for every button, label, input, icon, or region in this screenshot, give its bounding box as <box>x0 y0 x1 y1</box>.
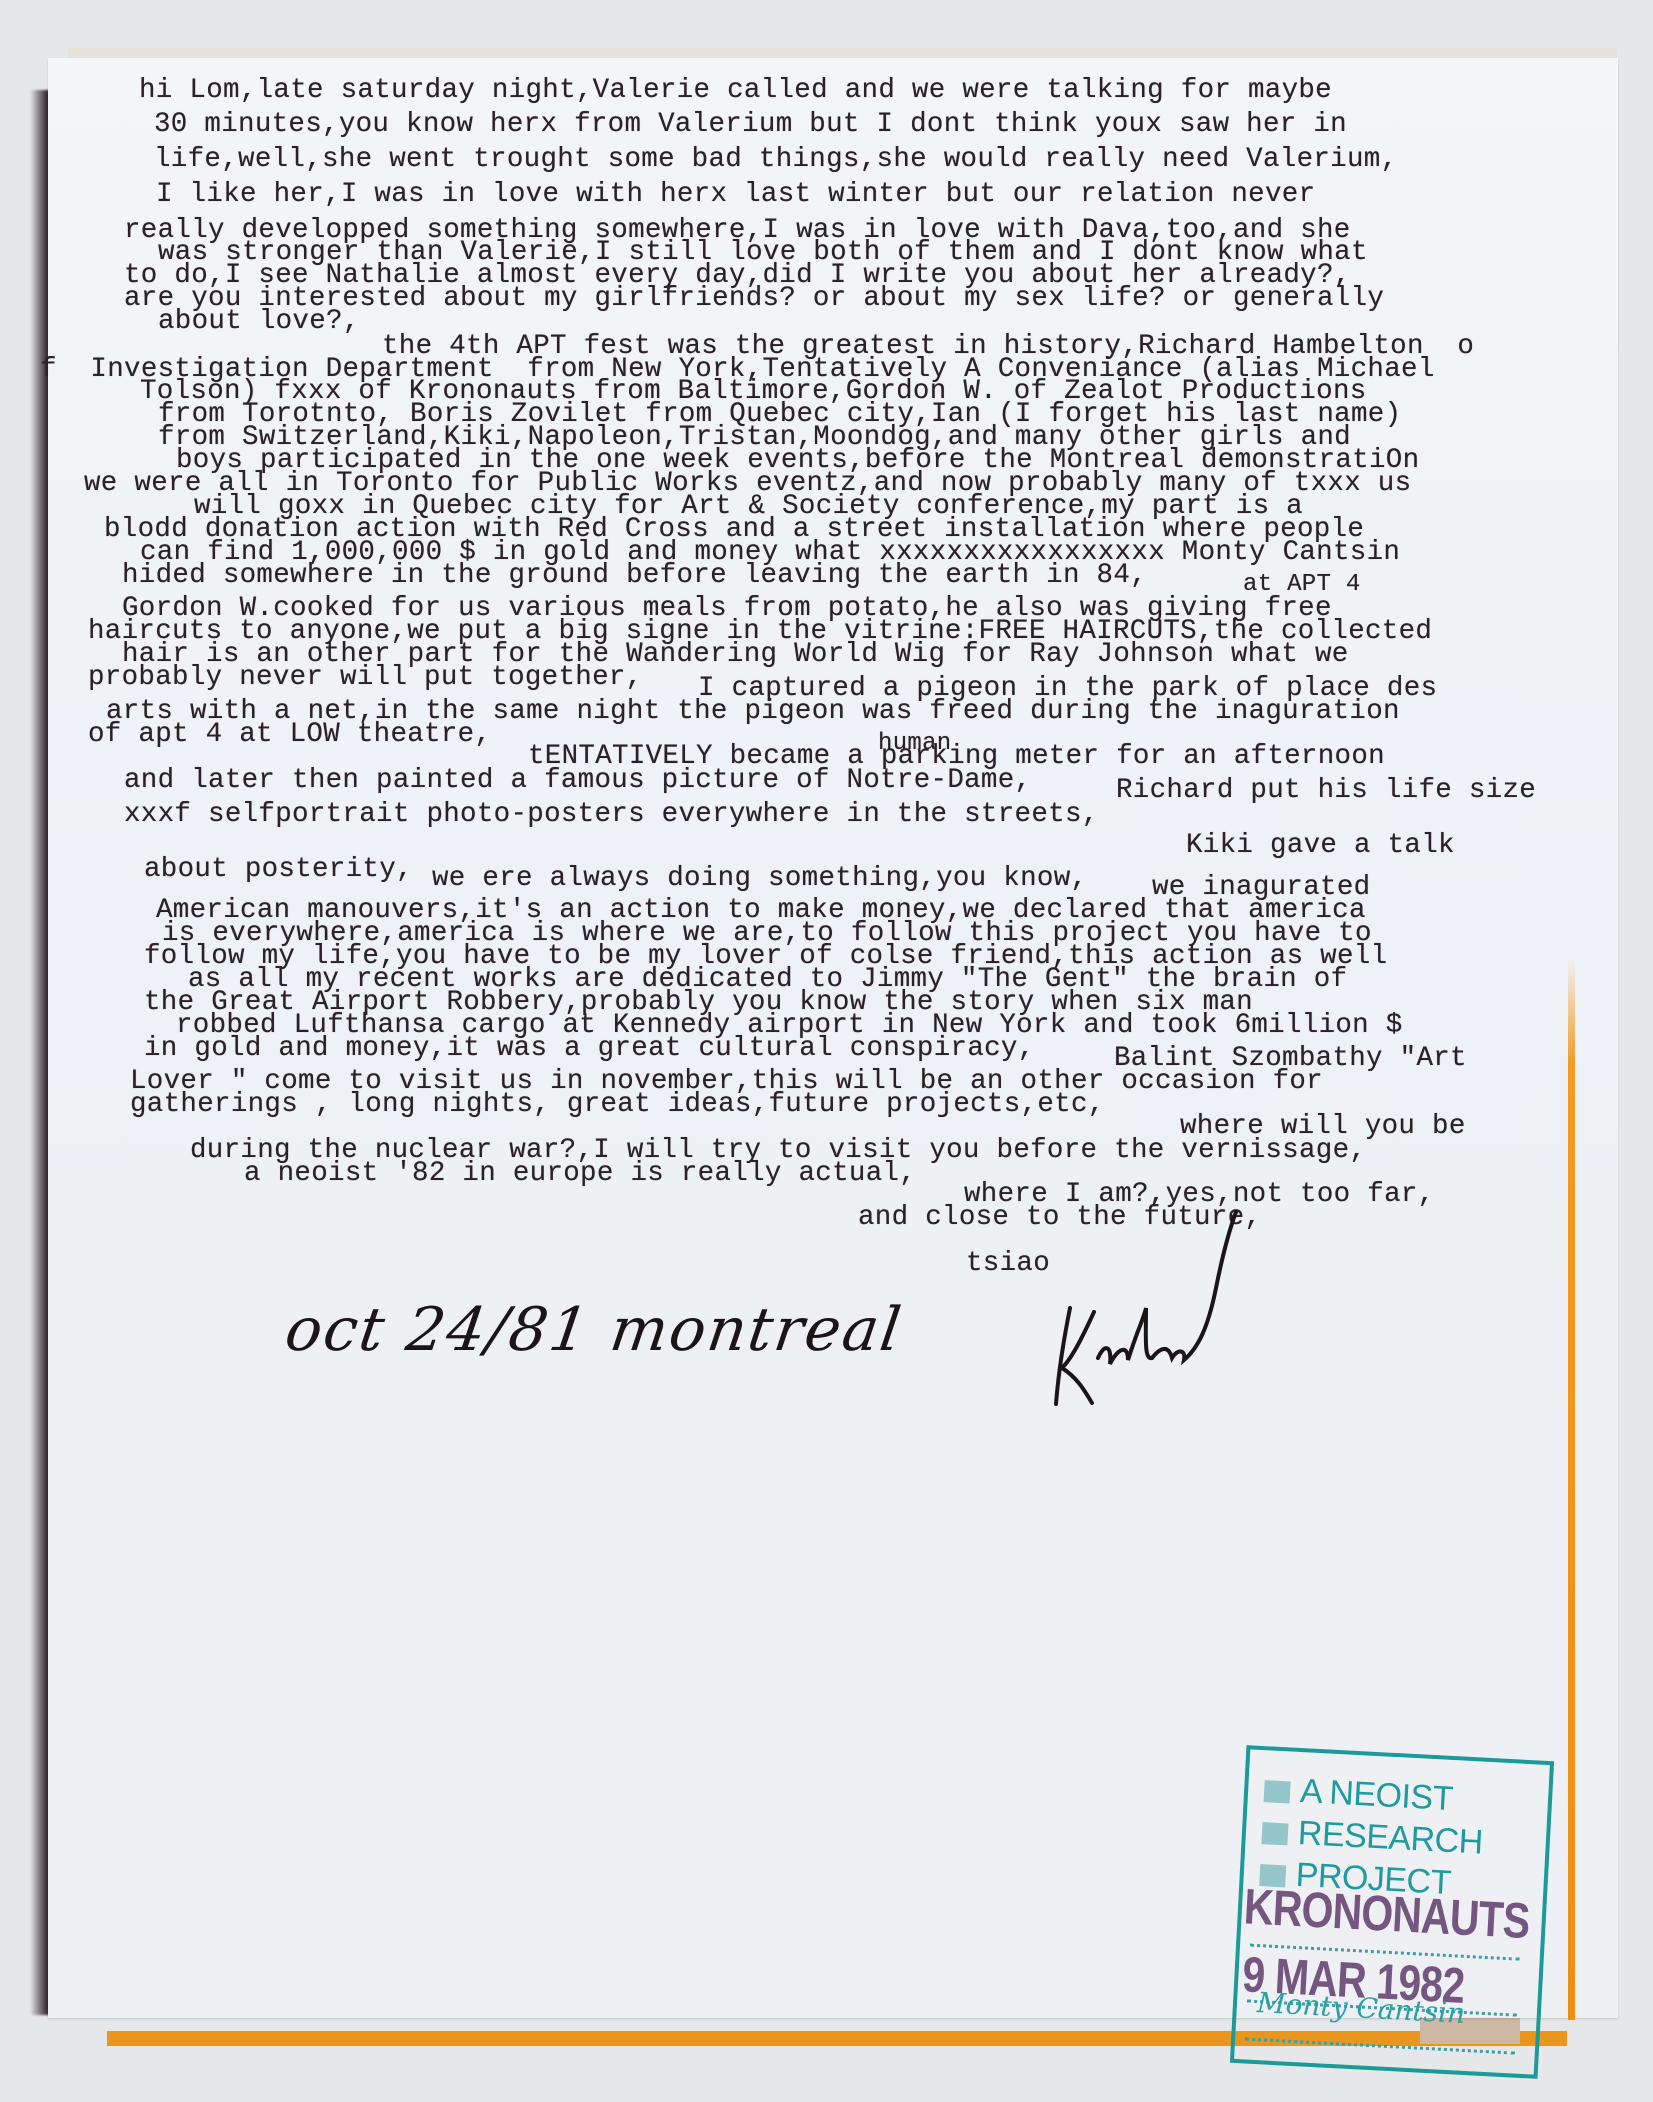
text-line: probably never will put together, <box>88 663 643 693</box>
stamp-line-2: RESEARCH <box>1297 1814 1484 1862</box>
letter-page: hi Lom,late saturday night,Valerie calle… <box>48 58 1618 2018</box>
text-line: Richard put his life size <box>1116 776 1536 806</box>
text-line: a neoist '82 in europe is really actual, <box>244 1159 916 1189</box>
text-line: we ere always doing something,you know, <box>432 864 1087 894</box>
text-line: hi Lom,late saturday night,Valerie calle… <box>139 76 1332 106</box>
text-line: in gold and money,it was a great cultura… <box>144 1034 1035 1064</box>
orange-sheet-right-edge <box>1568 960 1575 2020</box>
text-line: hided somewhere in the ground before lea… <box>122 561 1147 591</box>
stamp-dotted-rule <box>1245 2037 1515 2054</box>
text-line: of apt 4 at LOW theatre, <box>88 720 491 750</box>
text-line: life,well,she went trought some bad thin… <box>154 145 1397 175</box>
text-line: about love?, <box>158 307 360 337</box>
neoist-stamp: A NEOIST RESEARCH PROJECT KRONONAUTS 9 M… <box>1230 1745 1554 2079</box>
handwritten-date: oct 24/81 montreal <box>281 1295 907 1365</box>
text-line: Kiki gave a talk <box>1186 831 1455 861</box>
stamp-line-1: A NEOIST <box>1299 1772 1454 1818</box>
text-line: 30 minutes,you know herx from Valerium b… <box>154 110 1347 140</box>
signature <box>1048 1208 1278 1418</box>
text-line: xxxf selfportrait photo-posters everywhe… <box>124 800 1099 830</box>
stamp-overprint: KRONONAUTS <box>1243 1877 1531 1950</box>
text-line: about posterity, <box>144 855 413 885</box>
text-line: gatherings , long nights, great ideas,fu… <box>130 1090 1105 1120</box>
closing-tsiao: tsiao <box>966 1249 1050 1279</box>
text-line: I like her,I was in love with herx last … <box>156 180 1315 210</box>
text-line: and later then painted a famous picture … <box>124 766 1031 796</box>
